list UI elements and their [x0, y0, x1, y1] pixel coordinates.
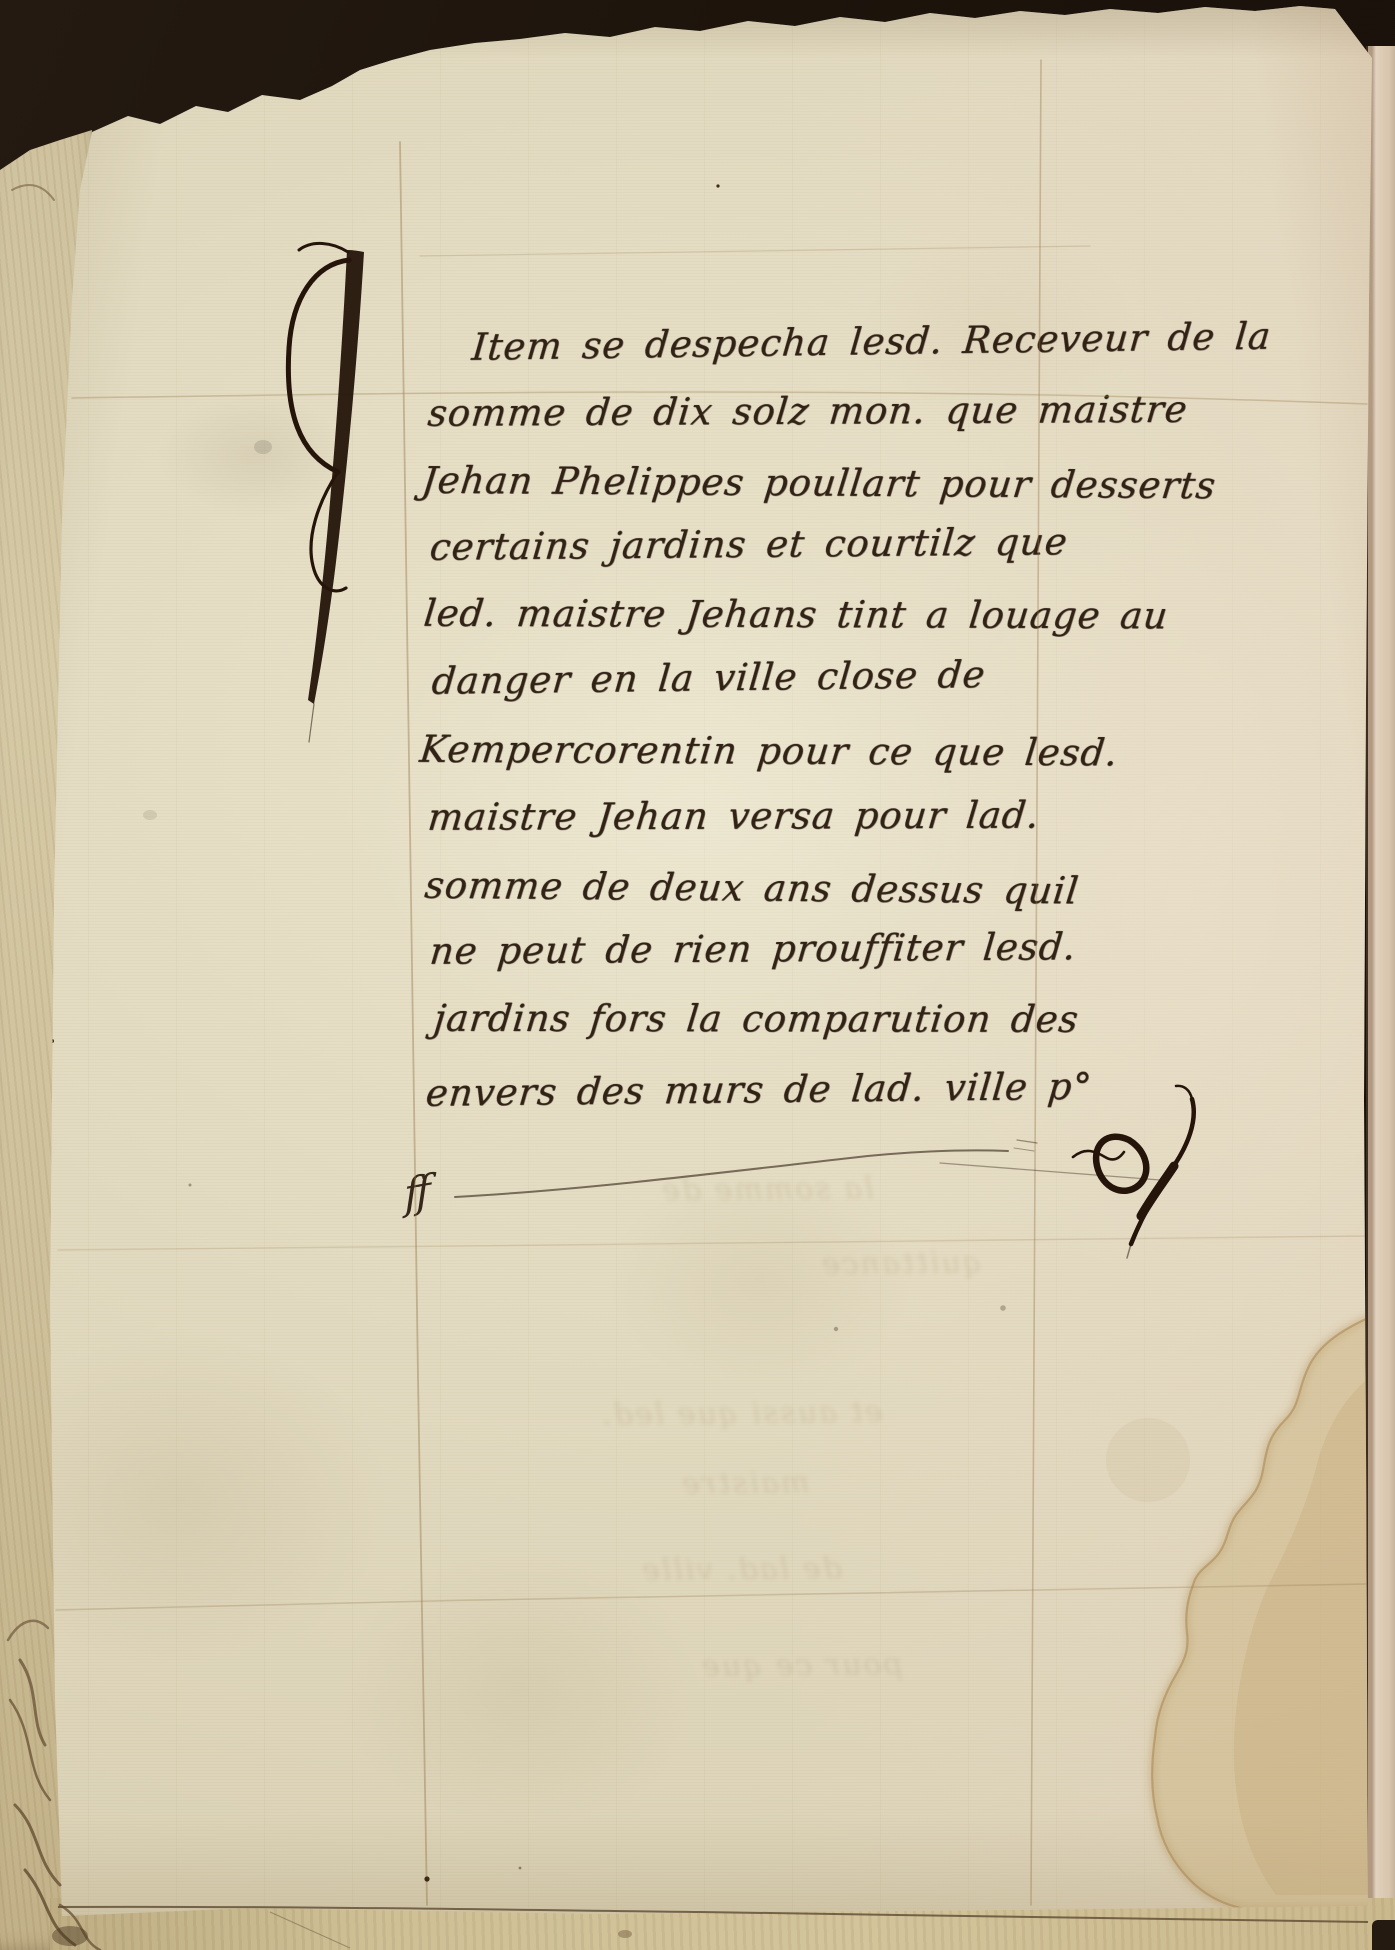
manuscript-line: Jehan Phelippes poullart pour desserts	[420, 459, 1219, 508]
manuscript-line: led. maistre Jehans tint a louage au	[422, 592, 1171, 638]
manuscript-line: jardins fors la comparution des	[432, 997, 1081, 1041]
manuscript-line: somme de deux ans dessus quil	[423, 864, 1082, 913]
handwritten-text-block: Item se despecha lesd. Receveur de la so…	[0, 0, 1395, 1950]
manuscript-line: ne peut de rien prouffiter lesd.	[428, 925, 1079, 973]
manuscript-line: maistre Jehan versa pour lad.	[426, 794, 1042, 839]
bottom-right-gap	[1372, 1920, 1395, 1950]
manuscript-line: envers des murs de lad. ville p°	[424, 1065, 1094, 1115]
manuscript-line: somme de dix solz mon. que maistre	[426, 388, 1190, 435]
manuscript-line: certains jardins et courtilz que	[428, 520, 1070, 569]
manuscript-line: danger en la ville close de	[430, 653, 988, 703]
manuscript-page: la somme de quittance et aussi que led. …	[0, 0, 1395, 1950]
manuscript-line: Kempercorentin pour ce que lesd.	[418, 728, 1121, 775]
manuscript-line: Item se despecha lesd. Receveur de la	[470, 315, 1273, 369]
manuscript-photo: la somme de quittance et aussi que led. …	[0, 0, 1395, 1950]
closing-ff-mark: ff	[403, 1166, 427, 1219]
adjacent-page-edge-right	[1366, 46, 1395, 1950]
